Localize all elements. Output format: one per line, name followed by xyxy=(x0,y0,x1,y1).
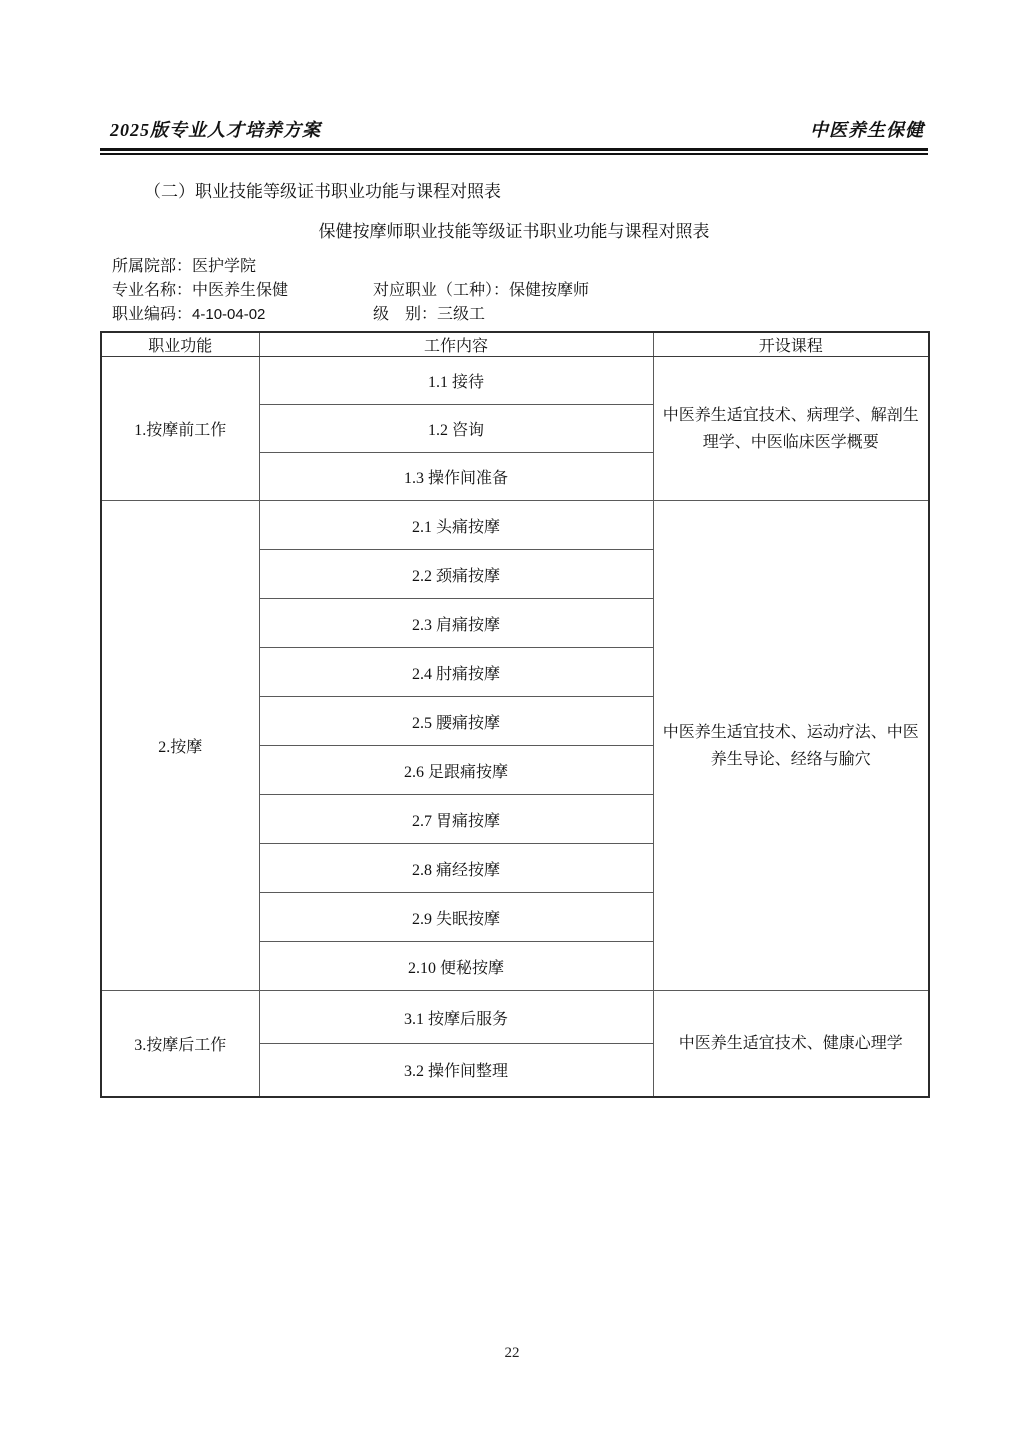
cell-task-2-10: 2.10 便秘按摩 xyxy=(259,942,653,991)
meta-line-major: 专业名称：中医养生保健 对应职业（工种）：保健按摩师 xyxy=(112,279,928,303)
department-label: 所属院部： xyxy=(112,258,192,275)
content-area: 2025版专业人才培养方案 中医养生保健 （二）职业技能等级证书职业功能与课程对… xyxy=(100,118,928,1098)
cell-task-2-6: 2.6 足跟痛按摩 xyxy=(259,746,653,795)
cell-task-2-2: 2.2 颈痛按摩 xyxy=(259,550,653,599)
cell-task-1-3: 1.3 操作间准备 xyxy=(259,453,653,501)
meta-line-code: 职业编码：4-10-04-02 级 别：三级工 xyxy=(112,303,928,327)
occupation-field: 对应职业（工种）：保健按摩师 xyxy=(373,279,589,303)
cell-task-2-5: 2.5 腰痛按摩 xyxy=(259,697,653,746)
cell-task-3-2: 3.2 操作间整理 xyxy=(259,1044,653,1097)
major-value: 中医养生保健 xyxy=(192,282,288,299)
table-title: 保健按摩师职业技能等级证书职业功能与课程对照表 xyxy=(100,217,928,242)
cell-function-3: 3.按摩后工作 xyxy=(101,991,259,1097)
cell-task-2-8: 2.8 痛经按摩 xyxy=(259,844,653,893)
cell-task-2-3: 2.3 肩痛按摩 xyxy=(259,599,653,648)
meta-block: 所属院部：医护学院 专业名称：中医养生保健 对应职业（工种）：保健按摩师 职业编… xyxy=(112,255,928,327)
cell-task-2-9: 2.9 失眠按摩 xyxy=(259,893,653,942)
header-left-title: 2025版专业人才培养方案 xyxy=(110,116,321,142)
cell-task-2-1: 2.1 头痛按摩 xyxy=(259,501,653,550)
th-work-content: 工作内容 xyxy=(259,332,653,357)
running-header: 2025版专业人才培养方案 中医养生保健 xyxy=(100,118,928,148)
document-page: 2025版专业人才培养方案 中医养生保健 （二）职业技能等级证书职业功能与课程对… xyxy=(0,0,1024,1448)
occupation-label: 对应职业（工种）： xyxy=(373,282,509,299)
th-function: 职业功能 xyxy=(101,332,259,357)
cell-courses-1: 中医养生适宜技术、病理学、解剖生理学、中医临床医学概要 xyxy=(653,357,929,501)
major-label: 专业名称： xyxy=(112,282,192,299)
cell-task-3-1: 3.1 按摩后服务 xyxy=(259,991,653,1044)
cell-task-1-2: 1.2 咨询 xyxy=(259,405,653,453)
cell-task-2-7: 2.7 胃痛按摩 xyxy=(259,795,653,844)
table-header-row: 职业功能 工作内容 开设课程 xyxy=(101,332,929,357)
level-value: 三级工 xyxy=(437,306,485,323)
section-heading: （二）职业技能等级证书职业功能与课程对照表 xyxy=(144,177,928,202)
header-right-title: 中医养生保健 xyxy=(810,116,924,142)
page-number: 22 xyxy=(0,1345,1024,1362)
cell-task-2-4: 2.4 肘痛按摩 xyxy=(259,648,653,697)
department-value: 医护学院 xyxy=(192,258,256,275)
cell-task-1-1: 1.1 接待 xyxy=(259,357,653,405)
occupation-value: 保健按摩师 xyxy=(509,282,589,299)
meta-line-department: 所属院部：医护学院 xyxy=(112,255,928,279)
code-label: 职业编码： xyxy=(112,306,192,323)
header-divider xyxy=(100,148,928,155)
code-value: 4-10-04-02 xyxy=(192,306,265,323)
level-field: 级 别：三级工 xyxy=(373,303,485,327)
level-label: 级 别： xyxy=(373,306,437,323)
table-row: 2.按摩 2.1 头痛按摩 中医养生适宜技术、运动疗法、中医养生导论、经络与腧穴 xyxy=(101,501,929,550)
table-row: 1.按摩前工作 1.1 接待 中医养生适宜技术、病理学、解剖生理学、中医临床医学… xyxy=(101,357,929,405)
cell-function-1: 1.按摩前工作 xyxy=(101,357,259,501)
th-courses: 开设课程 xyxy=(653,332,929,357)
function-course-table: 职业功能 工作内容 开设课程 1.按摩前工作 1.1 接待 中医养生适宜技术、病… xyxy=(100,331,930,1098)
cell-courses-2: 中医养生适宜技术、运动疗法、中医养生导论、经络与腧穴 xyxy=(653,501,929,991)
table-row: 3.按摩后工作 3.1 按摩后服务 中医养生适宜技术、健康心理学 xyxy=(101,991,929,1044)
cell-courses-3: 中医养生适宜技术、健康心理学 xyxy=(653,991,929,1097)
cell-function-2: 2.按摩 xyxy=(101,501,259,991)
